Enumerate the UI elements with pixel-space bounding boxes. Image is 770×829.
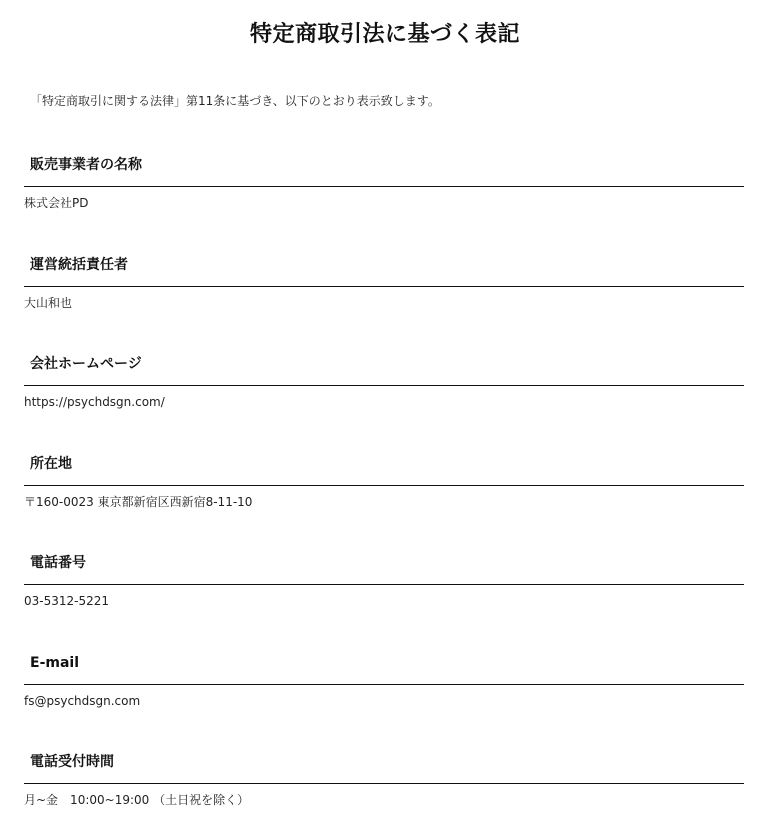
section-homepage: 会社ホームページ https://psychdsgn.com/	[24, 354, 744, 410]
divider	[24, 485, 744, 486]
section-heading: E-mail	[24, 653, 744, 673]
homepage-link[interactable]: https://psychdsgn.com/	[24, 394, 744, 410]
divider	[24, 286, 744, 287]
section-heading: 販売事業者の名称	[24, 155, 744, 175]
section-value: 月~金 10:00~19:00 （土日祝を除く）	[24, 792, 744, 808]
page-title: 特定商取引法に基づく表記	[0, 20, 770, 50]
section-value: 〒160-0023 東京都新宿区西新宿8-11-10	[24, 494, 744, 510]
section-email: E-mail fs@psychdsgn.com	[24, 653, 744, 709]
email-link[interactable]: fs@psychdsgn.com	[24, 693, 744, 709]
section-heading: 所在地	[24, 454, 744, 474]
divider	[24, 385, 744, 386]
section-address: 所在地 〒160-0023 東京都新宿区西新宿8-11-10	[24, 454, 744, 510]
divider	[24, 684, 744, 685]
section-phone-hours: 電話受付時間 月~金 10:00~19:00 （土日祝を除く）	[24, 752, 744, 808]
intro-text: 「特定商取引に関する法律」第11条に基づき、以下のとおり表示致します。	[30, 93, 440, 109]
section-seller-name: 販売事業者の名称 株式会社PD	[24, 155, 744, 211]
section-manager: 運営統括責任者 大山和也	[24, 255, 744, 311]
section-value: 大山和也	[24, 295, 744, 311]
section-value: 株式会社PD	[24, 195, 744, 211]
section-heading: 会社ホームページ	[24, 354, 744, 374]
divider	[24, 584, 744, 585]
divider	[24, 186, 744, 187]
divider	[24, 783, 744, 784]
section-heading: 電話受付時間	[24, 752, 744, 772]
section-heading: 運営統括責任者	[24, 255, 744, 275]
section-heading: 電話番号	[24, 553, 744, 573]
section-phone: 電話番号 03-5312-5221	[24, 553, 744, 609]
section-value: 03-5312-5221	[24, 593, 744, 609]
